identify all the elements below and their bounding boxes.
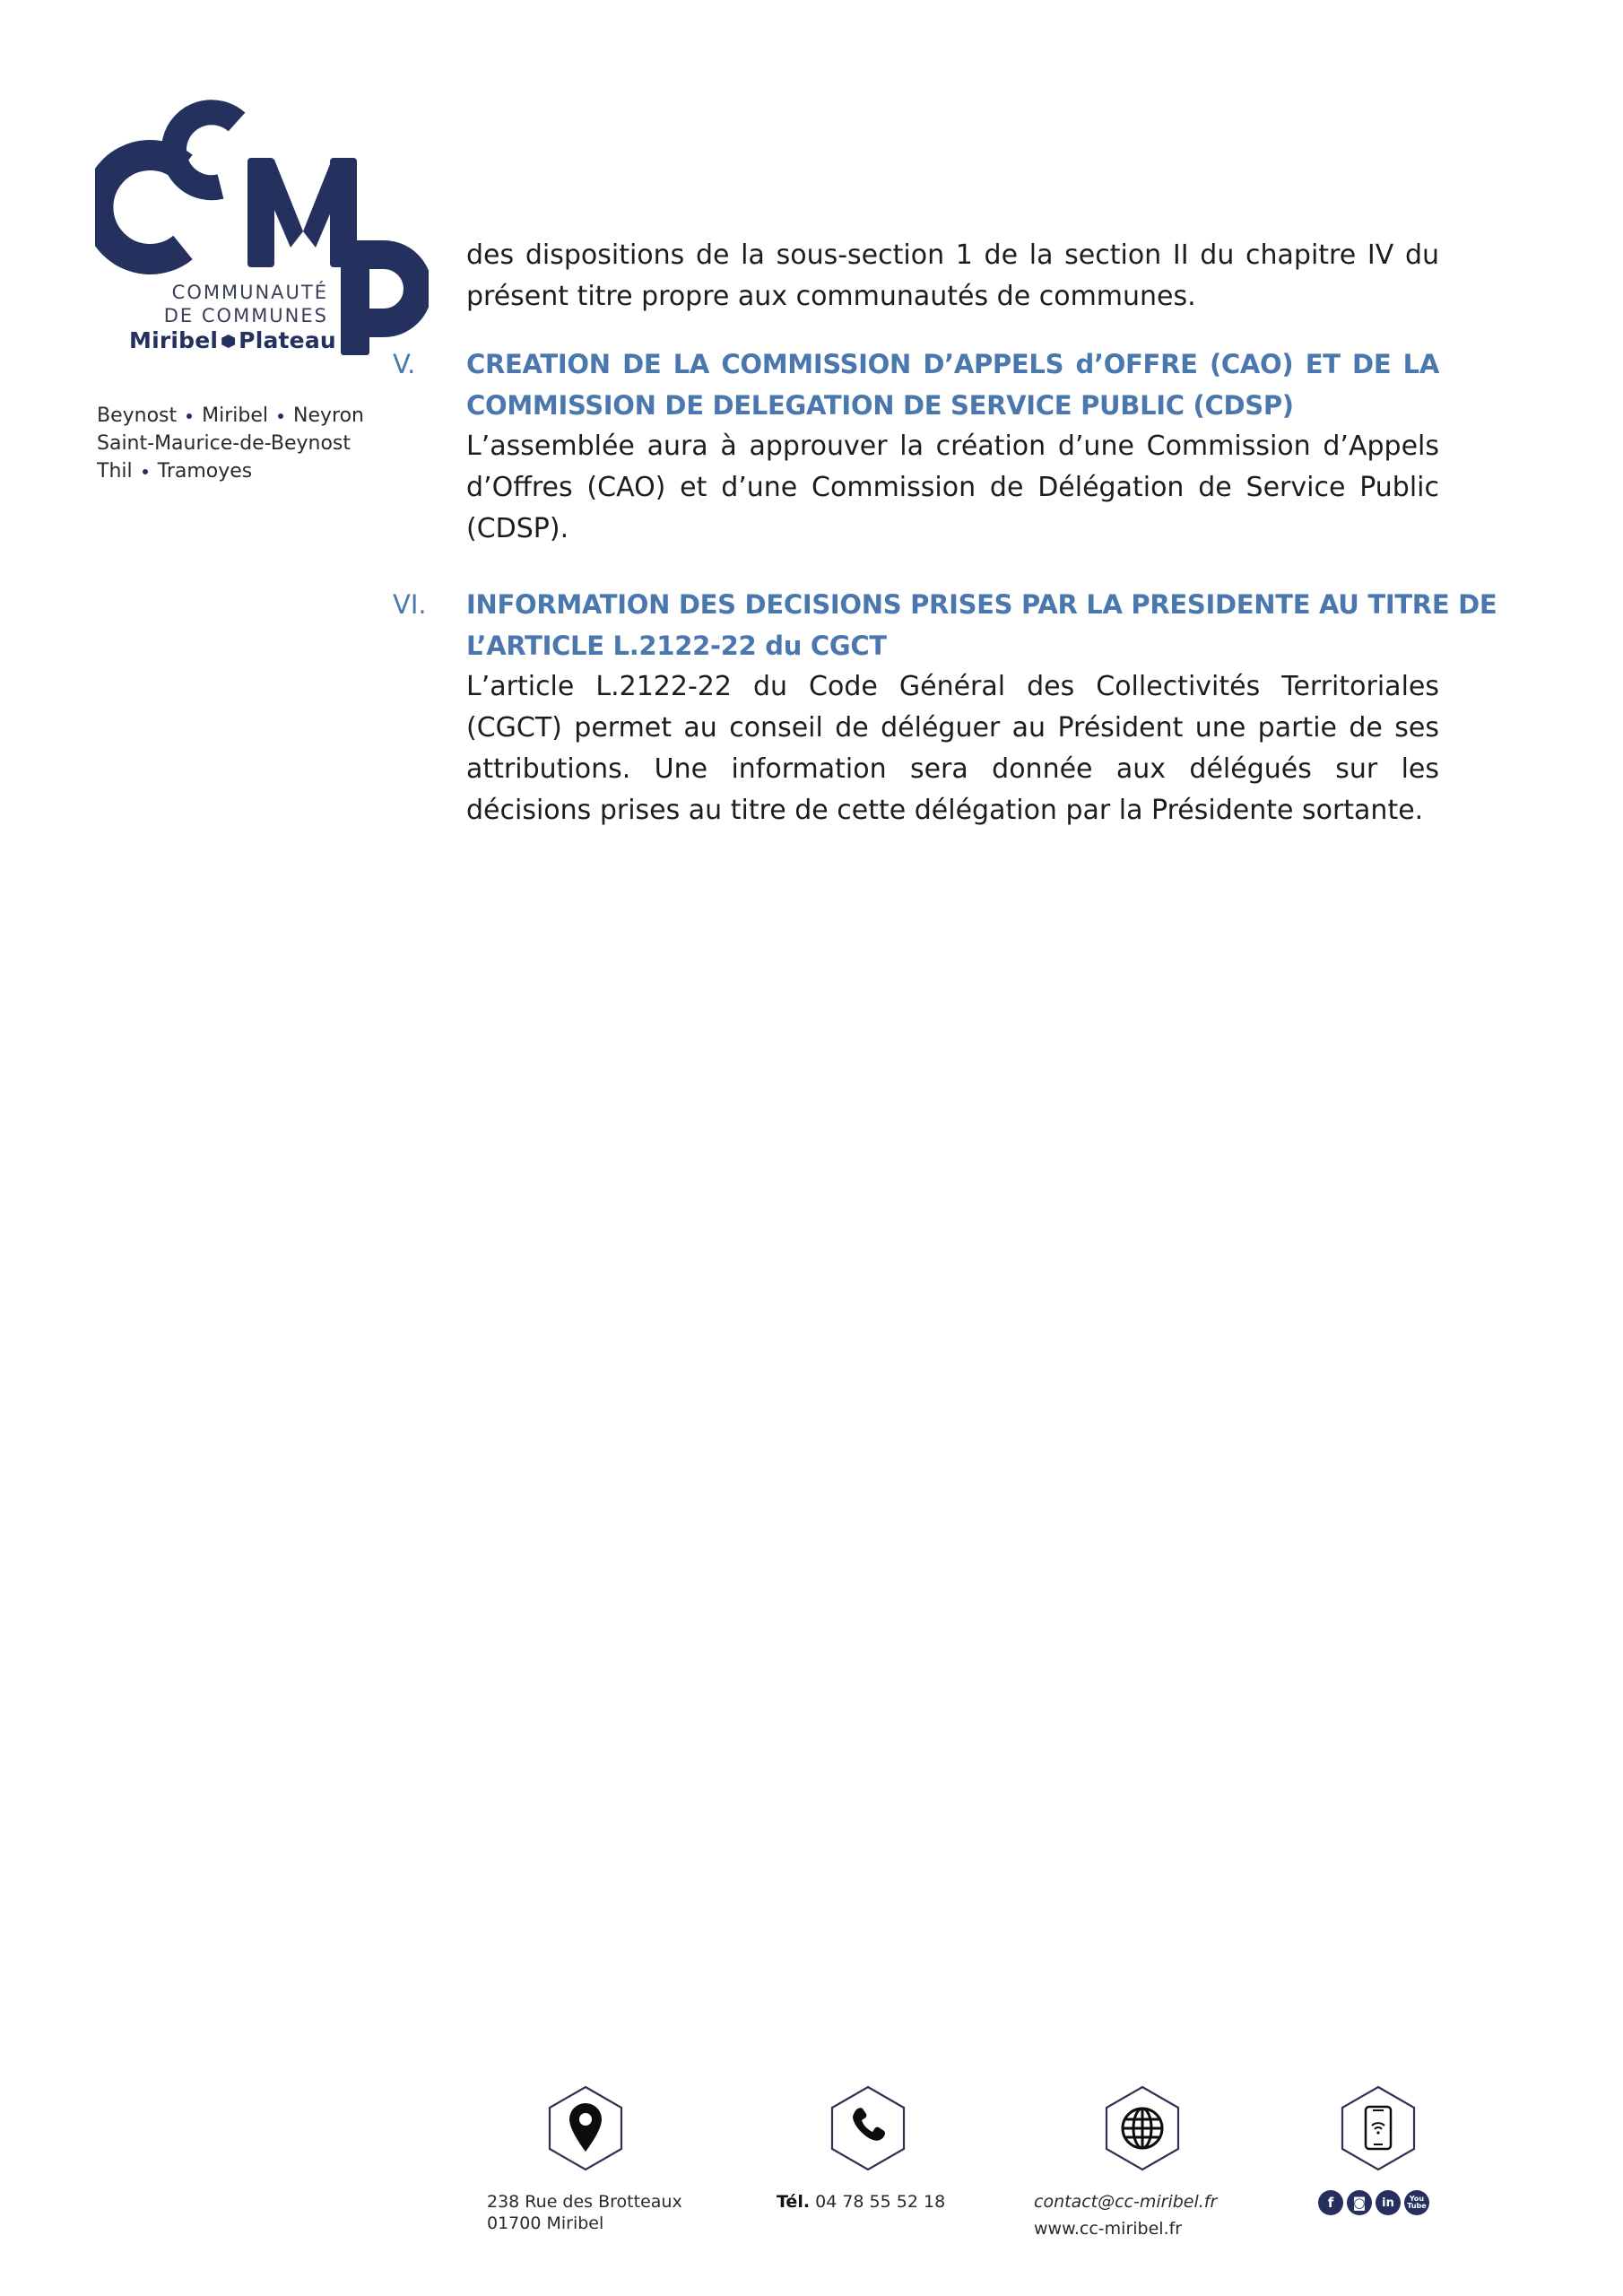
towns-row-1: BeynostMiribelNeyron xyxy=(97,402,364,430)
section-numeral: V. xyxy=(393,344,415,385)
logo-line-de-communes: DE COMMUNES xyxy=(149,304,328,327)
ccmp-logo: COMMUNAUTÉ DE COMMUNES MiribelPlateau xyxy=(95,97,429,359)
town-neyron: Neyron xyxy=(293,404,364,427)
heading-line-2: L’ARTICLE L.2122-22 du CGCT xyxy=(466,625,1439,666)
bullet-icon xyxy=(143,469,148,474)
towns-row-2: Saint-Maurice-de-Beynost xyxy=(97,430,364,457)
heading-line-2: COMMISSION DE DELEGATION DE SERVICE PUBL… xyxy=(466,385,1439,426)
facebook-icon[interactable]: f xyxy=(1318,2190,1343,2215)
logo-brand-miribel: Miribel xyxy=(129,327,218,353)
social-links: f ◙ in YouTube xyxy=(1318,2190,1429,2215)
intro-line-1: des dispositions de la sous-section 1 de… xyxy=(466,235,1439,276)
linkedin-icon[interactable]: in xyxy=(1376,2190,1401,2215)
section-heading: CREATION DE LA COMMISSION D’APPELS d’OFF… xyxy=(466,344,1439,426)
logo-brand-plateau: Plateau xyxy=(239,327,336,353)
website-link[interactable]: www.cc-miribel.fr xyxy=(1034,2218,1182,2239)
globe-icon xyxy=(1104,2085,1181,2171)
hexagon-bullet-icon xyxy=(221,335,235,348)
logo-line-communaute: COMMUNAUTÉ xyxy=(149,281,328,304)
footer: 238 Rue des Brotteaux 01700 Miribel Tél.… xyxy=(0,2085,1623,2265)
phone-text[interactable]: Tél. 04 78 55 52 18 xyxy=(777,2191,945,2213)
towns-row-3: ThilTramoyes xyxy=(97,457,364,485)
member-towns: BeynostMiribelNeyron Saint-Maurice-de-Be… xyxy=(97,402,364,485)
document-body: des dispositions de la sous-section 1 de… xyxy=(466,235,1439,831)
heading-line-1: CREATION DE LA COMMISSION D’APPELS d’OFF… xyxy=(466,344,1439,385)
smartphone-wifi-icon xyxy=(1340,2085,1417,2171)
logo-brand-name: MiribelPlateau xyxy=(129,327,331,354)
intro-paragraph: des dispositions de la sous-section 1 de… xyxy=(466,235,1439,317)
email-link[interactable]: contact@cc-miribel.fr xyxy=(1034,2191,1217,2213)
section-heading: INFORMATION DES DECISIONS PRISES PAR LA … xyxy=(466,584,1439,666)
section-body: L’assemblée aura à approuver la création… xyxy=(466,426,1439,550)
section-vi: VI. INFORMATION DES DECISIONS PRISES PAR… xyxy=(466,584,1439,831)
town-tramoyes: Tramoyes xyxy=(158,460,253,483)
address-line-2: 01700 Miribel xyxy=(487,2213,603,2234)
phone-number[interactable]: 04 78 55 52 18 xyxy=(815,2192,945,2212)
phone-label: Tél. xyxy=(777,2192,810,2212)
section-v: V. CREATION DE LA COMMISSION D’APPELS d’… xyxy=(466,344,1439,550)
section-numeral: VI. xyxy=(393,584,427,625)
youtube-glyph-bottom: Tube xyxy=(1407,2203,1426,2210)
instagram-icon[interactable]: ◙ xyxy=(1347,2190,1372,2215)
youtube-icon[interactable]: YouTube xyxy=(1404,2190,1429,2215)
heading-line-1: INFORMATION DES DECISIONS PRISES PAR LA … xyxy=(466,584,1439,625)
bullet-icon xyxy=(187,413,192,419)
town-thil: Thil xyxy=(97,460,133,483)
bullet-icon xyxy=(278,413,283,419)
map-pin-icon xyxy=(547,2085,624,2171)
town-beynost: Beynost xyxy=(97,404,177,427)
address-line-1: 238 Rue des Brotteaux xyxy=(487,2191,682,2213)
town-miribel: Miribel xyxy=(202,404,268,427)
phone-icon xyxy=(829,2085,907,2171)
intro-line-2: présent titre propre aux communautés de … xyxy=(466,276,1439,317)
section-body: L’article L.2122-22 du Code Général des … xyxy=(466,666,1439,831)
